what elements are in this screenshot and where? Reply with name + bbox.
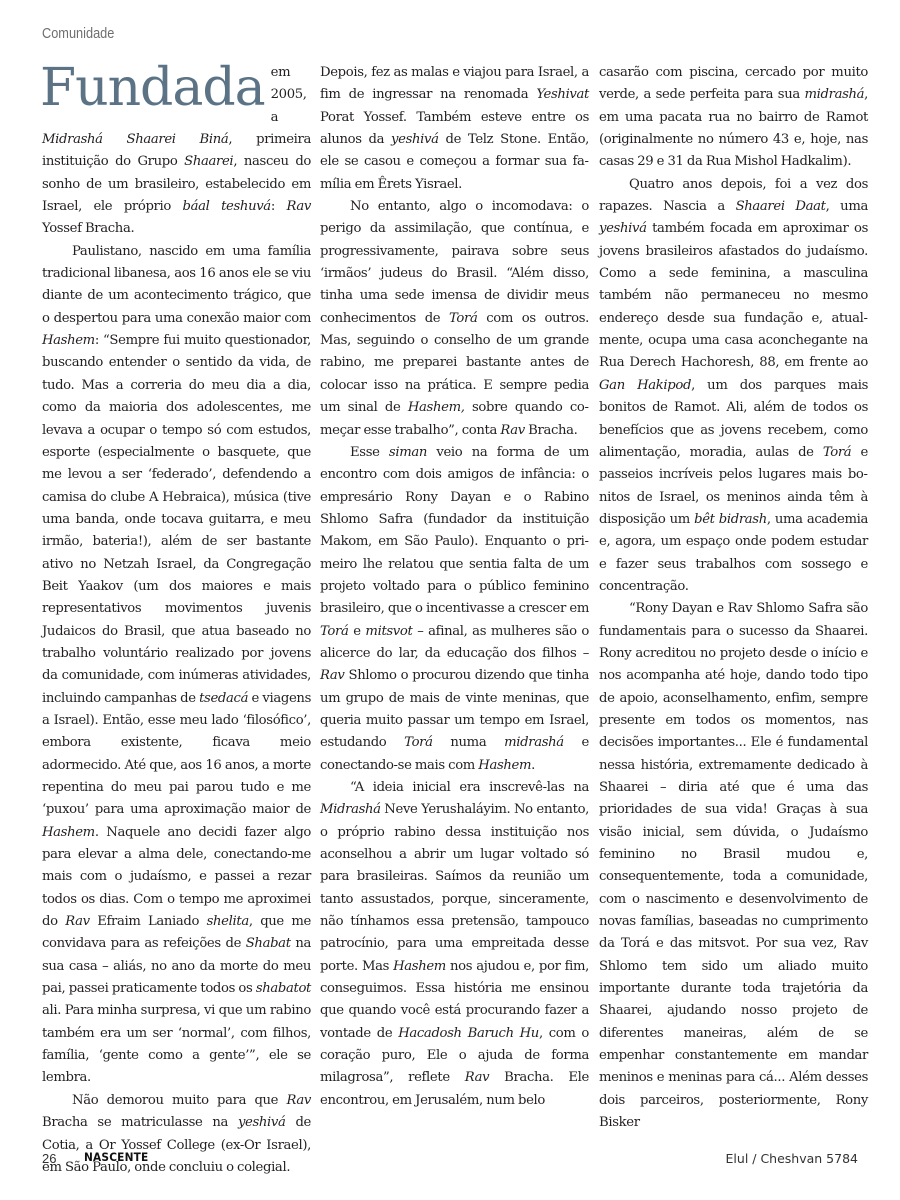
issue-date: Elul / Cheshvan 5784 (726, 1151, 858, 1166)
paragraph: Fundada em 2005, a Midrashá Shaarei Biná… (42, 62, 311, 241)
paragraph: “Rony Dayan e Rav Shlomo Safra são funda… (599, 598, 868, 1134)
article-body: Fundada em 2005, a Midrashá Shaarei Biná… (42, 62, 858, 1142)
page-number: 26 (42, 1151, 56, 1166)
section-label: Comunidade (42, 26, 114, 42)
dropcap-word: Fundada (40, 64, 265, 110)
paragraph: Quatro anos depois, foi a vez dos rapaze… (599, 174, 868, 599)
magazine-logo: NASCENTE (84, 1150, 148, 1164)
paragraph: Não demorou muito para que Rav Bracha se… (42, 1090, 311, 1179)
paragraph: No entanto, algo o incomodava: o perigo … (320, 196, 589, 442)
paragraph: casarão com piscina, cercado por muito v… (599, 62, 868, 174)
paragraph: “A ideia inicial era inscrevê-las na Mid… (320, 777, 589, 1112)
paragraph: Esse siman veio na forma de um encontro … (320, 442, 589, 777)
article-column-2: Depois, fez as malas e viajou para Israe… (320, 62, 589, 1112)
article-column-1: Fundada em 2005, a Midrashá Shaarei Biná… (42, 62, 311, 1179)
article-column-3: casarão com piscina, cercado por muito v… (599, 62, 868, 1135)
paragraph: Depois, fez as malas e viajou para Israe… (320, 62, 589, 196)
paragraph: Paulistano, nascido em uma família tradi… (42, 241, 311, 1090)
